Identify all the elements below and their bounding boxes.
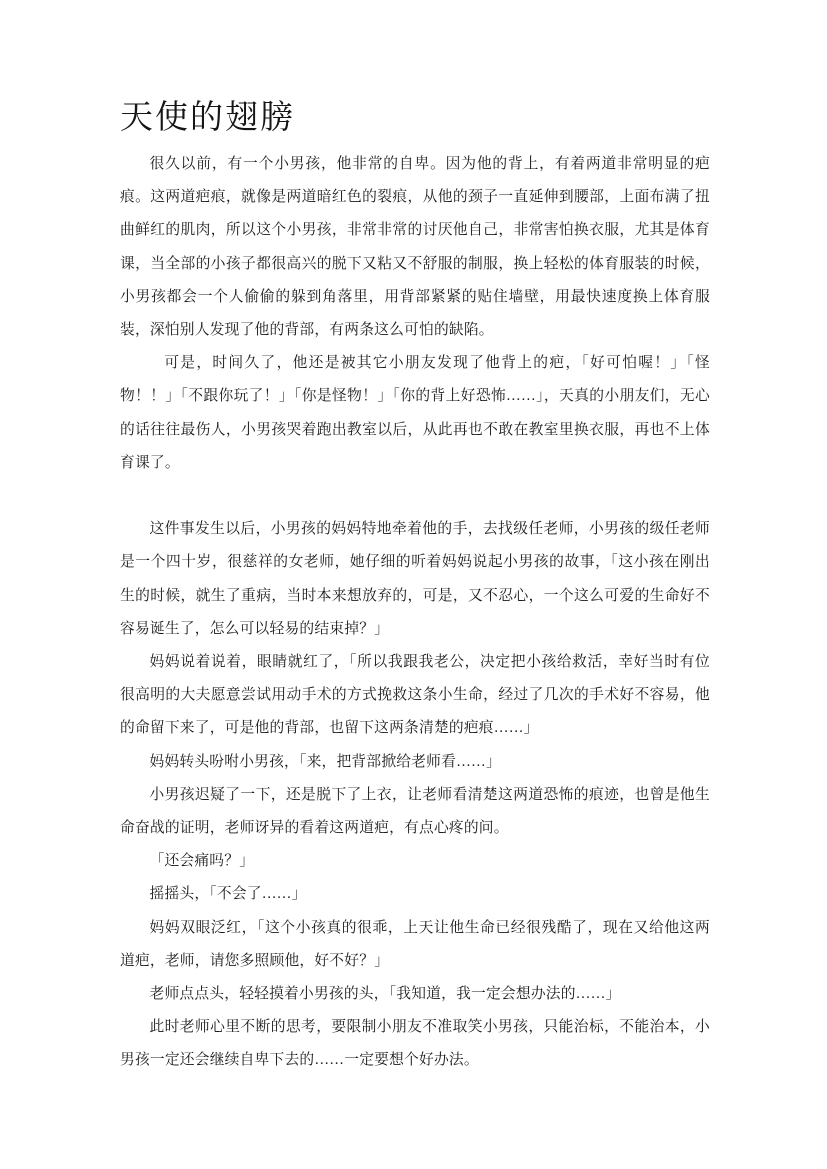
- story-paragraph: 妈妈双眼泛红，「这个小孩真的很乖，上天让他生命已经很残酷了，现在又给他这两道疤，…: [120, 912, 710, 978]
- story-paragraph: 摇摇头，「不会了……」: [120, 878, 710, 911]
- story-paragraph: 老师点点头，轻轻摸着小男孩的头，「我知道，我一定会想办法的……」: [120, 978, 710, 1011]
- story-paragraph: 小男孩迟疑了一下，还是脱下了上衣，让老师看清楚这两道恐怖的痕迹，也曾是他生命奋战…: [120, 779, 710, 845]
- story-paragraph: 很久以前，有一个小男孩，他非常的自卑。因为他的背上，有着两道非常明显的疤痕。这两…: [120, 148, 710, 347]
- story-paragraph: 此时老师心里不断的思考，要限制小朋友不准取笑小男孩，只能治标，不能治本，小男孩一…: [120, 1011, 710, 1077]
- story-paragraph: 可是，时间久了，他还是被其它小朋友发现了他背上的疤，「好可怕喔！」「怪物！！」「…: [120, 347, 710, 480]
- story-paragraph: 妈妈说着说着，眼睛就红了，「所以我跟我老公，决定把小孩给救活，幸好当时有位很高明…: [120, 646, 710, 746]
- story-paragraph: 「还会痛吗？」: [120, 845, 710, 878]
- document-title: 天使的翅膀: [120, 96, 710, 140]
- story-paragraph: 妈妈转头吩咐小男孩，「来，把背部掀给老师看……」: [120, 746, 710, 779]
- story-paragraph: 这件事发生以后，小男孩的妈妈特地牵着他的手，去找级任老师，小男孩的级任老师是一个…: [120, 513, 710, 646]
- document-body: 很久以前，有一个小男孩，他非常的自卑。因为他的背上，有着两道非常明显的疤痕。这两…: [120, 148, 710, 1078]
- document-page: 天使的翅膀 很久以前，有一个小男孩，他非常的自卑。因为他的背上，有着两道非常明显…: [0, 0, 827, 1169]
